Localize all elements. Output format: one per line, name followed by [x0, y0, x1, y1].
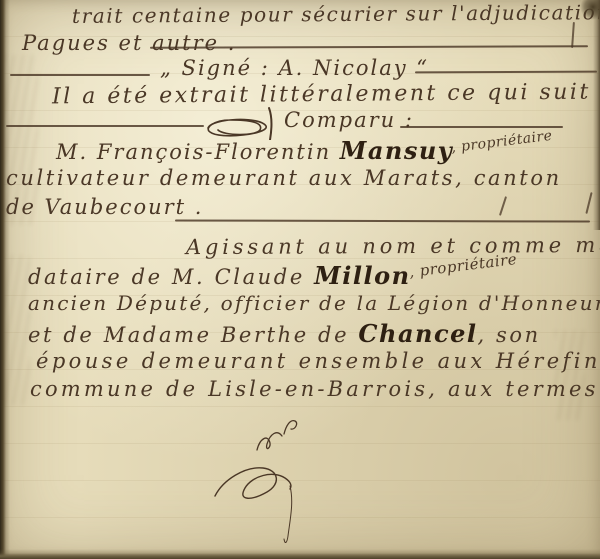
oval-scribble-svg: [200, 106, 274, 140]
manuscript-line-pagues: Pagues et autre .: [22, 33, 236, 54]
mansuy-line1-post: , propriétaire: [451, 129, 554, 155]
ink-rule: [6, 125, 204, 127]
photo-edge-left: [0, 0, 10, 559]
chancel-line4-pre: et de Madame Berthe de: [28, 323, 358, 347]
ink-rule: [400, 126, 563, 128]
pen-stroke: [499, 196, 507, 216]
manuscript-line-signed: „ Signé : A. Nicolay “: [160, 58, 429, 79]
chancel-line4-post: , son: [477, 323, 540, 347]
photo-edge-right: [593, 0, 600, 230]
manuscript-page: trait centaine pour sécurier sur l'adjud…: [0, 0, 600, 559]
chancel-name: Chancel: [358, 319, 477, 348]
ink-showthrough: [555, 330, 585, 420]
millon-name: Millon: [314, 261, 410, 290]
manuscript-para-mansuy-line3: de Vaubecourt .: [6, 197, 203, 218]
pen-stroke: [585, 192, 592, 214]
millon-line2-pre: dataire de M. Claude: [28, 265, 314, 289]
ink-rule: [175, 219, 590, 222]
signature-flourish: [205, 416, 345, 548]
pen-stroke: [571, 22, 575, 48]
manuscript-para-millon-line3: ancien Député, officier de la Légion d'H…: [28, 293, 600, 313]
manuscript-para-millon-line4: et de Madame Berthe de Chancel, son: [28, 322, 541, 346]
manuscript-para-millon-line6: commune de Lisle-en-Barrois, aux termes: [30, 379, 599, 400]
mansuy-line1-pre: M. François-Florentin: [56, 140, 340, 164]
photo-edge-bottom: [0, 549, 600, 559]
manuscript-line-extrait: Il a été extrait littéralement ce qui su…: [52, 82, 591, 109]
manuscript-para-millon-line2: dataire de M. Claude Millon, propriétair…: [28, 264, 519, 288]
manuscript-line-adjudication: trait centaine pour sécurier sur l'adjud…: [72, 2, 600, 26]
ink-rule: [415, 71, 597, 74]
manuscript-para-millon-line5: épouse demeurant ensemble aux Hérefines: [36, 351, 600, 372]
manuscript-para-mansuy-line2: cultivateur demeurant aux Marats, canton: [6, 168, 562, 189]
mansuy-name: Mansuy: [340, 136, 453, 165]
ink-rule: [150, 45, 588, 49]
oval-scribble: [200, 106, 274, 140]
ink-rule: [10, 74, 150, 76]
manuscript-para-millon-line1: Agissant au nom et comme man: [186, 235, 600, 258]
manuscript-line-comparu: Comparu :: [284, 110, 414, 131]
manuscript-para-mansuy-line1: M. François-Florentin Mansuy, propriétai…: [56, 139, 555, 163]
signature-flourish-svg: [205, 416, 345, 548]
